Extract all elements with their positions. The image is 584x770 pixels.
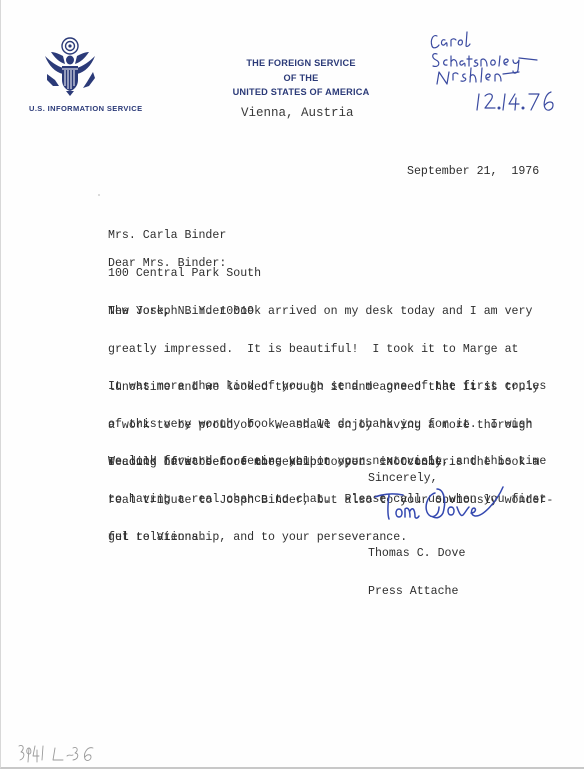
handwritten-annotation — [429, 28, 569, 118]
text-line: We look forward to seeing you on your ne… — [108, 456, 546, 469]
letter-date: September 21, 1976 — [407, 166, 539, 179]
usis-label: U.S. INFORMATION SERVICE — [29, 104, 143, 113]
text-line: The Joseph Binder book arrived on my des… — [108, 306, 539, 319]
great-seal-eagle-icon — [41, 36, 99, 98]
letterhead-line: THE FOREIGN SERVICE — [201, 56, 401, 71]
signer-name: Thomas C. Dove — [368, 548, 465, 561]
text-line: greatly impressed. It is beautiful! I to… — [108, 344, 539, 357]
address-line: Mrs. Carla Binder — [108, 230, 261, 243]
letterhead-title: THE FOREIGN SERVICE OF THE UNITED STATES… — [201, 56, 401, 100]
text-line: of this very worthy book, and we do than… — [108, 419, 553, 432]
letter-page: U.S. INFORMATION SERVICE THE FOREIGN SER… — [0, 0, 584, 769]
text-line: It was more than kind of you to send me … — [108, 381, 553, 394]
letterhead-line: OF THE — [201, 71, 401, 86]
paper-speck — [98, 194, 100, 196]
letterhead-location: Vienna, Austria — [241, 106, 354, 120]
catalog-number-pencil-mark — [15, 742, 105, 766]
handwritten-signature — [373, 483, 523, 525]
letterhead-line: UNITED STATES OF AMERICA — [201, 85, 401, 100]
text-line: get to Vienna. — [108, 532, 546, 545]
signer-title: Press Attache — [368, 586, 465, 599]
signer-block: Thomas C. Dove Press Attache — [368, 523, 465, 624]
salutation: Dear Mrs. Binder: — [108, 258, 226, 271]
